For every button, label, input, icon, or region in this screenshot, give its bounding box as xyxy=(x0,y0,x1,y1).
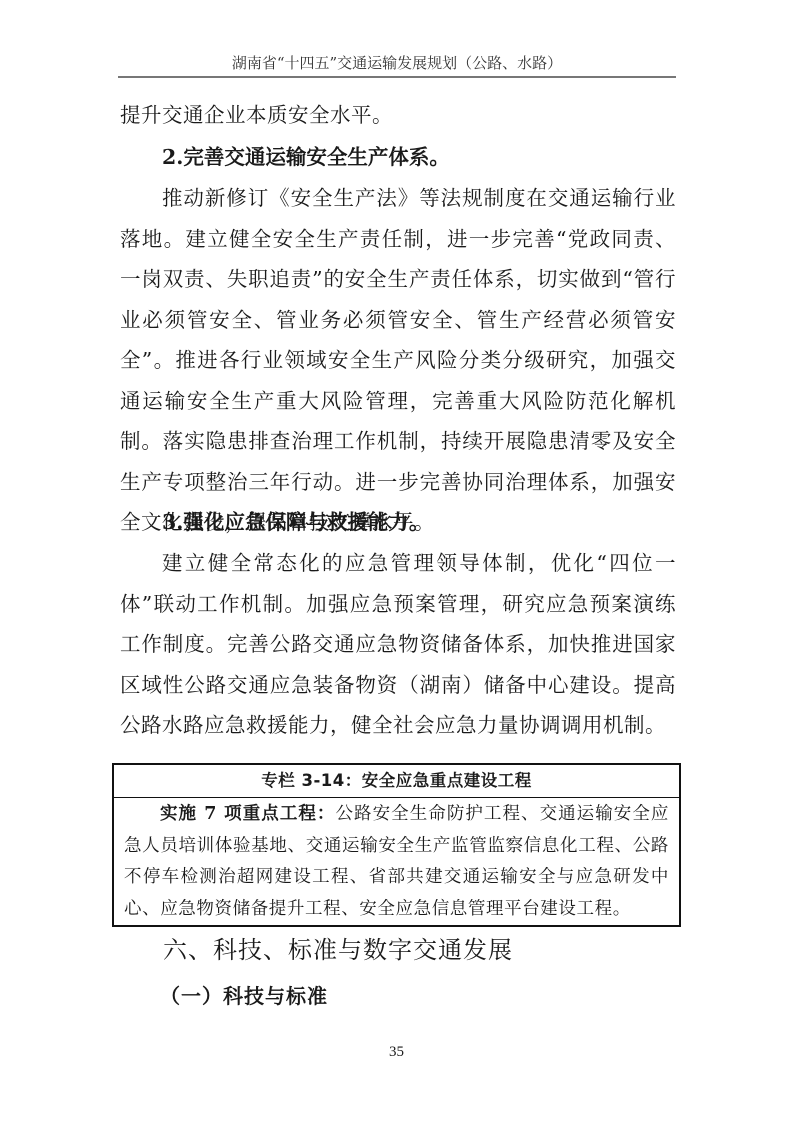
subsection-3-body: 建立健全常态化的应急管理领导体制，优化“四位一体”联动工作机制。加强应急预案管理… xyxy=(120,543,676,746)
section-6-heading: 六、科技、标准与数字交通发展 xyxy=(163,931,513,969)
feature-box-body: 实施 7 项重点工程：公路安全生命防护工程、交通运输安全应急人员培训体验基地、交… xyxy=(114,798,679,925)
subsection-3-heading: 3.强化应急保障与救援能力。 xyxy=(162,502,429,542)
feature-box: 专栏 3-14：安全应急重点建设工程 实施 7 项重点工程：公路安全生命防护工程… xyxy=(112,763,681,927)
running-header: 湖南省“十四五”交通运输发展规划（公路、水路） xyxy=(118,52,676,73)
header-divider xyxy=(118,76,676,78)
feature-box-title: 专栏 3-14：安全应急重点建设工程 xyxy=(114,765,679,798)
feature-box-lead: 实施 7 项重点工程： xyxy=(160,804,336,824)
page-number: 35 xyxy=(0,1044,793,1061)
subsection-2-body: 推动新修订《安全生产法》等法规制度在交通运输行业落地。建立健全安全生产责任制，进… xyxy=(120,178,676,543)
section-6-subheading: （一）科技与标准 xyxy=(160,978,328,1014)
continuation-paragraph: 提升交通企业本质安全水平。 xyxy=(120,95,676,136)
subsection-2-heading: 2.完善交通运输安全生产体系。 xyxy=(162,137,450,177)
